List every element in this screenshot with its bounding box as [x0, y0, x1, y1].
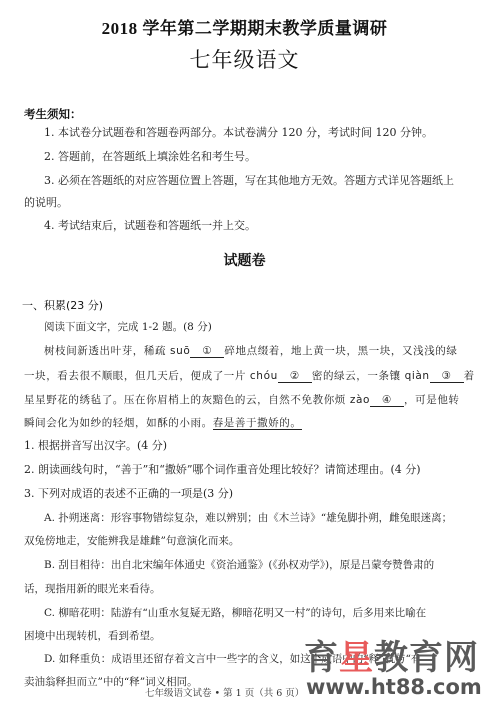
- passage-text: 树枝间新透出叶芽，稀疏 suō: [44, 345, 190, 357]
- option-b: B. 刮目相待：出自北宋编年体通史《资治通鉴》(《孙权劝学》)，原是吕蒙夸赞鲁肃…: [44, 558, 434, 572]
- page-footer: 七年级语文试卷 • 第 1 页（共 6 页）: [145, 685, 304, 699]
- passage-text: ，可是他转: [404, 394, 460, 406]
- notice-item-2: 2. 答题前，在答题纸上填涂姓名和考生号。: [44, 150, 256, 164]
- passage-text: 瞬间会化为如纱的轻烟，如酥的小雨。: [24, 417, 213, 429]
- blank-4: ④: [370, 394, 404, 407]
- blank-1: ①: [190, 345, 224, 358]
- watermark-accent-char: 星: [339, 638, 374, 678]
- passage-instruction: 阅读下面文字，完成 1-2 题。(8 分): [44, 320, 212, 334]
- passage-text: 星星野花的绣毡了。压在你眉梢上的灰黯色的云，自然不免教你烦 zào: [24, 394, 370, 406]
- blank-3: ③: [430, 370, 464, 383]
- passage-text: 着: [464, 370, 475, 382]
- option-c-cont: 困境中出现转机，看到希望。: [24, 629, 161, 643]
- option-a-cont: 双兔傍地走，安能辨我是雄雌”句意演化而来。: [24, 534, 239, 548]
- part-heading: 一、积累(23 分): [22, 297, 103, 313]
- option-c: C. 柳暗花明：陆游有“山重水复疑无路，柳暗花明又一村”的诗句，后多用来比喻在: [44, 606, 426, 620]
- passage-line-3: 星星野花的绣毡了。压在你眉梢上的灰黯色的云，自然不免教你烦 zào④，可是他转: [24, 393, 460, 407]
- notice-item-1: 1. 本试卷分试题卷和答题卷两部分。本试卷满分 120 分，考试时间 120 分…: [44, 126, 433, 140]
- passage-text: 密的绿云，一条镶 qiàn: [312, 370, 430, 382]
- passage-line-1: 树枝间新透出叶芽，稀疏 suō①碎地点缀着，地上黄一块，黑一块，又浅浅的绿: [44, 344, 458, 358]
- notice-item-3: 3. 必须在答题纸的对应答题位置上答题，写在其他地方无效。答题方式详见答题纸上: [44, 174, 454, 188]
- passage-text: 一块，看去很不顺眼，但几天后，便成了一片 chóu: [24, 370, 278, 382]
- section-title: 试题卷: [0, 250, 489, 270]
- watermark-logo: 育星教育网 www.ht88.com: [302, 640, 488, 700]
- notice-heading: 考生须知：: [24, 106, 82, 122]
- option-a: A. 扑朔迷离：形容事物错综复杂，难以辨别；由《木兰诗》“雄兔脚扑朔，雌兔眼迷离…: [44, 511, 452, 525]
- watermark-url: www.ht88.com: [306, 676, 482, 698]
- option-b-cont: 话，现指用新的眼光来看待。: [24, 582, 161, 596]
- underlined-sentence: 春是善于撒娇的。: [213, 417, 302, 430]
- watermark-char: 育: [304, 638, 339, 678]
- exam-subject: 七年级语文: [0, 44, 489, 74]
- notice-item-3-cont: 的说明。: [24, 196, 68, 210]
- watermark-char: 教育网: [374, 638, 479, 678]
- question-3: 3. 下列对成语的表述不正确的一项是(3 分): [24, 487, 233, 501]
- passage-text: 碎地点缀着，地上黄一块，黑一块，又浅浅的绿: [224, 345, 457, 357]
- watermark-brand: 育星教育网: [304, 640, 479, 676]
- passage-line-2: 一块，看去很不顺眼，但几天后，便成了一片 chóu②密的绿云，一条镶 qiàn③…: [24, 369, 475, 383]
- question-2: 2. 朗读画线句时，“善于”和“撒娇”哪个词作重音处理比较好？请简述理由。(4 …: [24, 463, 421, 477]
- blank-2: ②: [278, 370, 312, 383]
- question-1: 1. 根据拼音写出汉字。(4 分): [24, 439, 167, 453]
- exam-page: 2018 学年第二学期期末教学质量调研 七年级语文 考生须知： 1. 本试卷分试…: [0, 0, 489, 702]
- notice-item-4: 4. 考试结束后，试题卷和答题纸一并上交。: [44, 219, 256, 233]
- passage-line-4: 瞬间会化为如纱的轻烟，如酥的小雨。春是善于撒娇的。: [24, 416, 302, 430]
- exam-title: 2018 学年第二学期期末教学质量调研: [0, 14, 489, 39]
